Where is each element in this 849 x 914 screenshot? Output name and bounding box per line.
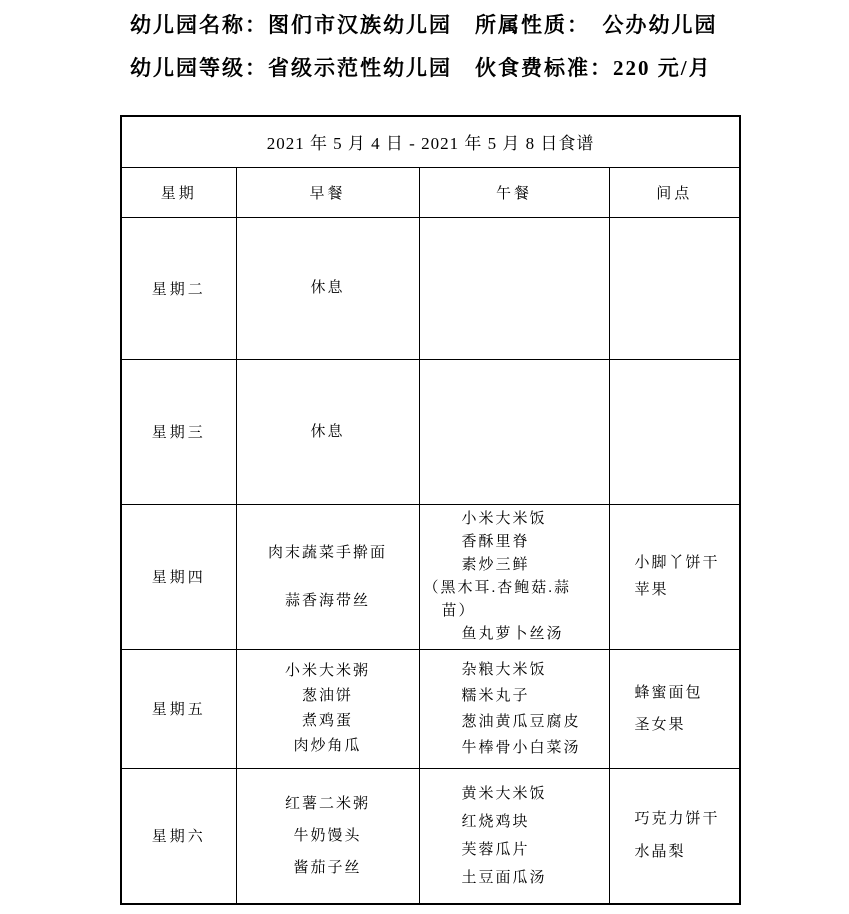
menu-line: 香酥里脊 bbox=[462, 531, 607, 554]
menu-line: 酱茄子丝 bbox=[237, 852, 419, 884]
table-header-row: 星期 早餐 午餐 间点 bbox=[121, 167, 740, 217]
day-cell: 星期五 bbox=[121, 649, 236, 768]
breakfast-cell: 小米大米粥葱油饼煮鸡蛋肉炒角瓜 bbox=[236, 649, 419, 768]
table-title: 2021 年 5 月 4 日 - 2021 年 5 月 8 日食谱 bbox=[121, 116, 740, 167]
snack-cell: 巧克力饼干水晶梨 bbox=[609, 768, 740, 904]
menu-line: 杂粮大米饭 bbox=[462, 657, 607, 683]
menu-line: 休息 bbox=[237, 276, 419, 300]
menu-line: 圣女果 bbox=[635, 709, 738, 741]
school-info-line-2: 幼儿园等级：省级示范性幼儿园 伙食费标准：220 元/月 bbox=[130, 47, 718, 90]
menu-line: 素炒三鲜 bbox=[462, 554, 607, 577]
document-page: 幼儿园名称：图们市汉族幼儿园 所属性质： 公办幼儿园 幼儿园等级：省级示范性幼儿… bbox=[0, 0, 849, 914]
menu-line: 牛棒骨小白菜汤 bbox=[462, 735, 607, 761]
menu-line: 苗） bbox=[442, 600, 607, 623]
school-info: 幼儿园名称：图们市汉族幼儿园 所属性质： 公办幼儿园 幼儿园等级：省级示范性幼儿… bbox=[130, 4, 718, 90]
column-header-snack: 间点 bbox=[609, 167, 740, 217]
snack-cell: 蜂蜜面包圣女果 bbox=[609, 649, 740, 768]
menu-line: 苹果 bbox=[635, 577, 738, 604]
breakfast-lines: 休息 bbox=[237, 420, 419, 444]
menu-line: 糯米丸子 bbox=[462, 683, 607, 709]
school-info-line-1: 幼儿园名称：图们市汉族幼儿园 所属性质： 公办幼儿园 bbox=[130, 4, 718, 47]
day-cell: 星期三 bbox=[121, 359, 236, 504]
breakfast-cell: 红薯二米粥牛奶馒头酱茄子丝 bbox=[236, 768, 419, 904]
menu-line bbox=[237, 565, 419, 589]
lunch-cell bbox=[419, 359, 609, 504]
menu-line: 牛奶馒头 bbox=[237, 820, 419, 852]
menu-row-tuesday: 星期二 休息 bbox=[121, 217, 740, 359]
lunch-cell: 小米大米饭香酥里脊素炒三鲜（黑木耳.杏鲍菇.蒜苗）鱼丸萝卜丝汤 bbox=[419, 504, 609, 649]
lunch-cell: 杂粮大米饭糯米丸子葱油黄瓜豆腐皮牛棒骨小白菜汤 bbox=[419, 649, 609, 768]
menu-line: 蜂蜜面包 bbox=[635, 677, 738, 709]
menu-line: （黑木耳.杏鲍菇.蒜 bbox=[424, 577, 607, 600]
day-cell: 星期二 bbox=[121, 217, 236, 359]
menu-line: 肉炒角瓜 bbox=[237, 734, 419, 759]
menu-line: 红烧鸡块 bbox=[462, 808, 607, 836]
breakfast-lines: 肉末蔬菜手擀面 蒜香海带丝 bbox=[237, 541, 419, 613]
menu-line: 土豆面瓜汤 bbox=[462, 864, 607, 892]
menu-table: 2021 年 5 月 4 日 - 2021 年 5 月 8 日食谱 星期 早餐 … bbox=[120, 115, 741, 905]
snack-cell: 小脚丫饼干苹果 bbox=[609, 504, 740, 649]
snack-lines: 巧克力饼干水晶梨 bbox=[610, 803, 740, 869]
column-header-lunch: 午餐 bbox=[419, 167, 609, 217]
menu-row-friday: 星期五 小米大米粥葱油饼煮鸡蛋肉炒角瓜 杂粮大米饭糯米丸子葱油黄瓜豆腐皮牛棒骨小… bbox=[121, 649, 740, 768]
menu-line: 小米大米粥 bbox=[237, 659, 419, 684]
day-cell: 星期六 bbox=[121, 768, 236, 904]
menu-line: 肉末蔬菜手擀面 bbox=[237, 541, 419, 565]
menu-row-saturday: 星期六 红薯二米粥牛奶馒头酱茄子丝 黄米大米饭红烧鸡块芙蓉瓜片土豆面瓜汤 巧克力… bbox=[121, 768, 740, 904]
column-header-breakfast: 早餐 bbox=[236, 167, 419, 217]
menu-line: 黄米大米饭 bbox=[462, 780, 607, 808]
breakfast-lines: 小米大米粥葱油饼煮鸡蛋肉炒角瓜 bbox=[237, 659, 419, 759]
breakfast-cell: 休息 bbox=[236, 217, 419, 359]
menu-row-thursday: 星期四 肉末蔬菜手擀面 蒜香海带丝 小米大米饭香酥里脊素炒三鲜（黑木耳.杏鲍菇.… bbox=[121, 504, 740, 649]
lunch-lines: 黄米大米饭红烧鸡块芙蓉瓜片土豆面瓜汤 bbox=[420, 780, 609, 892]
menu-line: 小米大米饭 bbox=[462, 508, 607, 531]
menu-line: 煮鸡蛋 bbox=[237, 709, 419, 734]
menu-line: 芙蓉瓜片 bbox=[462, 836, 607, 864]
snack-cell bbox=[609, 217, 740, 359]
breakfast-cell: 肉末蔬菜手擀面 蒜香海带丝 bbox=[236, 504, 419, 649]
menu-line: 鱼丸萝卜丝汤 bbox=[462, 623, 607, 646]
snack-lines: 蜂蜜面包圣女果 bbox=[610, 677, 740, 741]
snack-cell bbox=[609, 359, 740, 504]
snack-lines: 小脚丫饼干苹果 bbox=[610, 550, 740, 604]
menu-line: 巧克力饼干 bbox=[635, 803, 738, 836]
lunch-cell: 黄米大米饭红烧鸡块芙蓉瓜片土豆面瓜汤 bbox=[419, 768, 609, 904]
menu-line: 葱油饼 bbox=[237, 684, 419, 709]
lunch-lines: 杂粮大米饭糯米丸子葱油黄瓜豆腐皮牛棒骨小白菜汤 bbox=[420, 657, 609, 761]
lunch-lines: 小米大米饭香酥里脊素炒三鲜（黑木耳.杏鲍菇.蒜苗）鱼丸萝卜丝汤 bbox=[420, 508, 609, 646]
column-header-day: 星期 bbox=[121, 167, 236, 217]
menu-line: 葱油黄瓜豆腐皮 bbox=[462, 709, 607, 735]
menu-line: 蒜香海带丝 bbox=[237, 589, 419, 613]
breakfast-lines: 红薯二米粥牛奶馒头酱茄子丝 bbox=[237, 788, 419, 884]
lunch-cell bbox=[419, 217, 609, 359]
menu-row-wednesday: 星期三 休息 bbox=[121, 359, 740, 504]
table-title-row: 2021 年 5 月 4 日 - 2021 年 5 月 8 日食谱 bbox=[121, 116, 740, 167]
breakfast-lines: 休息 bbox=[237, 276, 419, 300]
menu-line: 小脚丫饼干 bbox=[635, 550, 738, 577]
menu-line: 休息 bbox=[237, 420, 419, 444]
menu-line: 红薯二米粥 bbox=[237, 788, 419, 820]
day-cell: 星期四 bbox=[121, 504, 236, 649]
breakfast-cell: 休息 bbox=[236, 359, 419, 504]
menu-line: 水晶梨 bbox=[635, 836, 738, 869]
